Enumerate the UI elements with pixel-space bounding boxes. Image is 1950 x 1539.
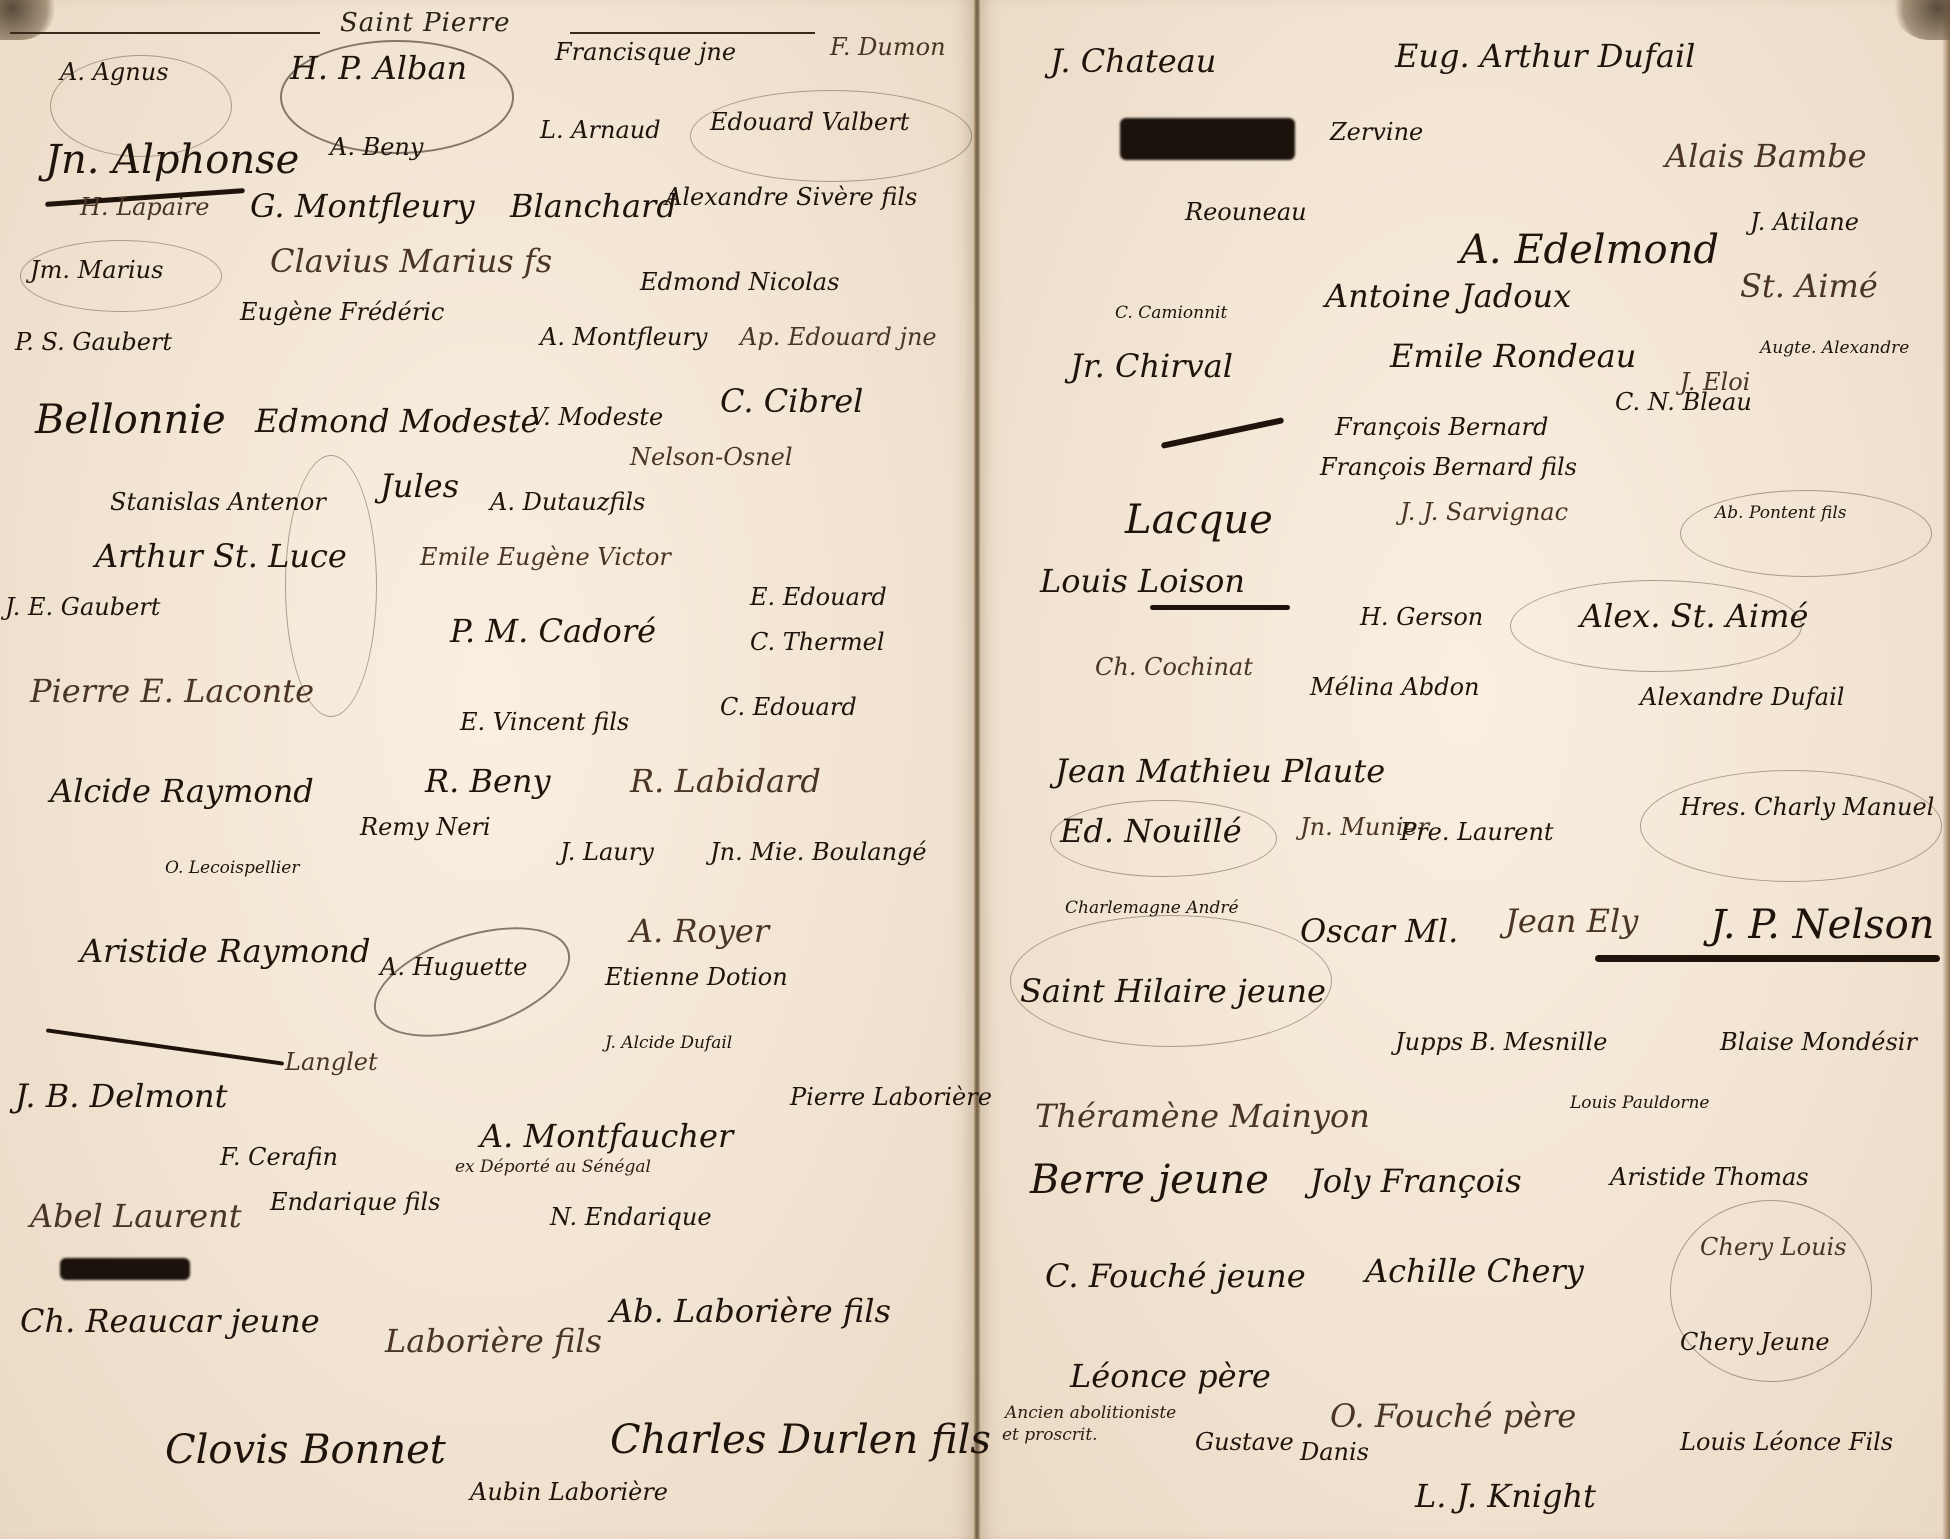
signature: Blanchard — [510, 190, 677, 222]
signature: Abel Laurent — [30, 1200, 242, 1232]
ink-blot — [60, 1258, 190, 1280]
signature: Arthur St. Luce — [95, 540, 347, 572]
signature: Nelson-Osnel — [630, 445, 793, 469]
signature: Clovis Bonnet — [165, 1430, 446, 1470]
signature: Alcide Raymond — [50, 775, 314, 807]
page-heading: Saint Pierre — [340, 8, 511, 38]
signature: Charles Durlen fils — [610, 1420, 991, 1460]
signature: R. Labidard — [630, 765, 821, 797]
signature: C. Cibrel — [720, 385, 863, 417]
ink-blot — [1120, 118, 1295, 160]
signature: Ch. Reaucar jeune — [20, 1305, 320, 1337]
signature: Berre jeune — [1030, 1160, 1269, 1200]
signature: Chery Jeune — [1680, 1330, 1830, 1354]
signature: François Bernard fils — [1320, 455, 1577, 479]
signature: Jules — [380, 470, 459, 502]
signature: A. Beny — [330, 135, 423, 159]
signature: V. Modeste — [530, 405, 663, 429]
signature: Ab. Pontent fils — [1715, 505, 1846, 522]
signature: Etienne Dotion — [605, 965, 788, 989]
signature: Francisque jne — [555, 40, 736, 64]
signature: Alais Bambe — [1665, 140, 1867, 172]
signature: Jn. Alphonse — [45, 140, 299, 180]
ink-stroke — [1595, 955, 1940, 962]
signature: Stanislas Antenor — [110, 490, 326, 514]
signature: A. Agnus — [60, 60, 169, 84]
signature: N. Endarique — [550, 1205, 712, 1229]
heading-rule-right — [570, 32, 815, 34]
signature: G. Montfleury — [250, 190, 475, 222]
signature: Oscar Ml. — [1300, 915, 1458, 947]
signature: A. Edelmond — [1460, 230, 1719, 270]
signature: Hres. Charly Manuel — [1680, 795, 1934, 819]
signature: Augte. Alexandre — [1760, 340, 1909, 357]
signature: Gustave — [1195, 1430, 1294, 1454]
signature: Bellonnie — [35, 400, 226, 440]
signature: E. Vincent fils — [460, 710, 629, 734]
signature: Edouard Valbert — [710, 110, 909, 134]
signature: Blaise Mondésir — [1720, 1030, 1917, 1054]
signature: Zervine — [1330, 120, 1423, 144]
signature: H. P. Alban — [290, 52, 467, 84]
signature: Ab. Laborière fils — [610, 1295, 891, 1327]
signature: J. Atilane — [1750, 210, 1859, 234]
heading-block: Saint Pierre — [10, 8, 810, 38]
signature: Edmond Nicolas — [640, 270, 839, 294]
signature: Alex. St. Aimé — [1580, 600, 1808, 632]
signature: Aubin Laborière — [470, 1480, 668, 1504]
signature: J. E. Gaubert — [5, 595, 160, 619]
signature: C. Fouché jeune — [1045, 1260, 1306, 1292]
signature: O. Lecoispellier — [165, 860, 299, 877]
signature: Eugène Frédéric — [240, 300, 444, 324]
signature: R. Beny — [425, 765, 551, 797]
signature: C. Camionnit — [1115, 305, 1227, 322]
signature: Aristide Thomas — [1610, 1165, 1809, 1189]
page-edge — [1942, 0, 1950, 1539]
signature: Jean Ely — [1505, 905, 1638, 937]
signature: St. Aimé — [1740, 270, 1878, 302]
signature: Emile Eugène Victor — [420, 545, 671, 569]
signature: A. Montfaucher — [480, 1120, 733, 1152]
signature: L. J. Knight — [1415, 1480, 1596, 1512]
signature: Ch. Cochinat — [1095, 655, 1253, 679]
signature: H. Gerson — [1360, 605, 1483, 629]
signature: A. Dutauzfils — [490, 490, 645, 514]
signature: Antoine Jadoux — [1325, 280, 1571, 312]
signature: A. Royer — [630, 915, 769, 947]
manuscript-spread: Saint Pierre A. AgnusH. P. AlbanFrancisq… — [0, 0, 1950, 1539]
signature: E. Edouard — [750, 585, 887, 609]
annotation-note: Ancien abolitioniste — [1005, 1403, 1176, 1423]
signature: Emile Rondeau — [1390, 340, 1636, 372]
book-gutter — [974, 0, 980, 1539]
signature: Eug. Arthur Dufail — [1395, 40, 1695, 72]
signature: Jr. Chirval — [1070, 350, 1233, 382]
signature: Jean Mathieu Plaute — [1055, 755, 1385, 787]
signature: Danis — [1300, 1440, 1369, 1464]
signature: Louis Loison — [1040, 565, 1245, 597]
signature: J. Chateau — [1050, 45, 1216, 77]
signature: Chery Louis — [1700, 1235, 1847, 1259]
signature: Pierre Laborière — [790, 1085, 992, 1109]
signature: Léonce père — [1070, 1360, 1271, 1392]
signature: O. Fouché père — [1330, 1400, 1576, 1432]
signature: P. M. Cadoré — [450, 615, 656, 647]
signature: Jupps B. Mesnille — [1395, 1030, 1607, 1054]
signature: P. S. Gaubert — [15, 330, 172, 354]
signature: Jm. Marius — [30, 258, 163, 282]
signature: F. Dumon — [830, 35, 946, 59]
signature: Louis Léonce Fils — [1680, 1430, 1893, 1454]
signature: Aristide Raymond — [80, 935, 370, 967]
signature: F. Cerafin — [220, 1145, 338, 1169]
signature: J. J. Sarvignac — [1400, 500, 1568, 524]
signature: Langlet — [285, 1050, 378, 1074]
signature: Clavius Marius fs — [270, 245, 552, 277]
signature: L. Arnaud — [540, 118, 661, 142]
signature: A. Huguette — [380, 955, 528, 979]
signature: Lacque — [1125, 500, 1273, 540]
signature: Pre. Laurent — [1400, 820, 1554, 844]
signature: Ap. Edouard jne — [740, 325, 937, 349]
signature: J. B. Delmont — [15, 1080, 227, 1112]
signature: Joly François — [1310, 1165, 1522, 1197]
signature: Théramène Mainyon — [1035, 1100, 1370, 1132]
signature: H. Lapaire — [80, 195, 209, 219]
annotation-note: ex Déporté au Sénégal — [455, 1157, 651, 1177]
signature: A. Montfleury — [540, 325, 707, 349]
signature: Jn. Mie. Boulangé — [710, 840, 927, 864]
signature: Laborière fils — [385, 1325, 602, 1357]
signature: J. P. Nelson — [1710, 905, 1934, 945]
ink-stroke — [1150, 605, 1290, 610]
signature: Saint Hilaire jeune — [1020, 975, 1326, 1007]
signature: Remy Neri — [360, 815, 491, 839]
signature: J. Alcide Dufail — [605, 1035, 732, 1052]
signature: Pierre E. Laconte — [30, 675, 314, 707]
signature: Alexandre Dufail — [1640, 685, 1844, 709]
signature: C. Thermel — [750, 630, 885, 654]
signature: Edmond Modeste — [255, 405, 539, 437]
signature: Achille Chery — [1365, 1255, 1584, 1287]
annotation-note: et proscrit. — [1002, 1425, 1098, 1445]
signature: Louis Pauldorne — [1570, 1095, 1710, 1112]
heading-rule-left — [10, 32, 320, 34]
signature: Ed. Nouillé — [1060, 815, 1242, 847]
signature: Alexandre Sivère fils — [665, 185, 917, 209]
signature: C. N. Bleau — [1615, 390, 1752, 414]
signature: Endarique fils — [270, 1190, 440, 1214]
signature: François Bernard — [1335, 415, 1548, 439]
signature: Mélina Abdon — [1310, 675, 1480, 699]
signature: Reouneau — [1185, 200, 1307, 224]
signature: Charlemagne André — [1065, 900, 1239, 917]
signature: C. Edouard — [720, 695, 857, 719]
signature: J. Laury — [560, 840, 654, 864]
